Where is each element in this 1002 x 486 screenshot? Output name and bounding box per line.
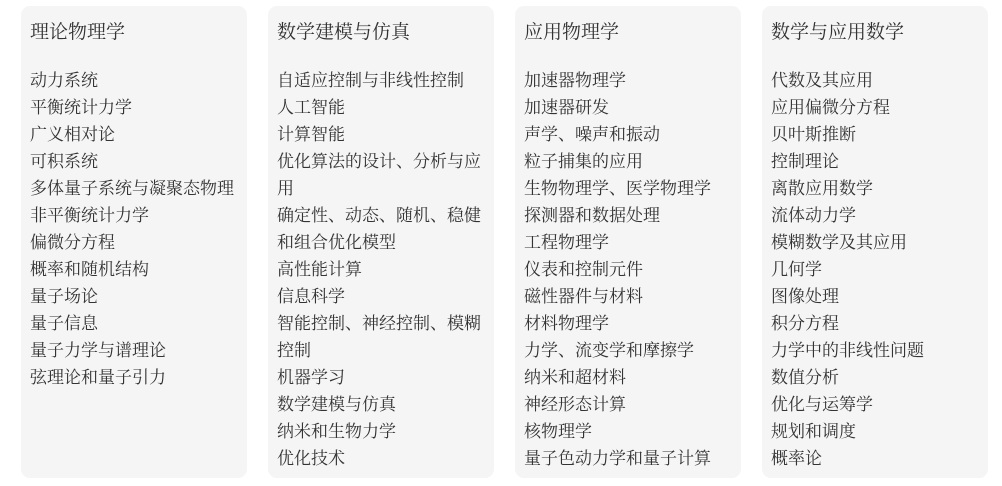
topic-item: 自适应控制与非线性控制 [277,68,485,95]
card-theoretical-physics: 理论物理学 动力系统平衡统计力学广义相对论可积系统多体量子系统与凝聚态物理非平衡… [21,6,247,478]
card-applied-physics: 应用物理学 加速器物理学加速器研发声学、噪声和振动粒子捕集的应用生物物理学、医学… [515,6,741,478]
topic-item: 力学中的非线性问题 [771,338,979,365]
topic-item: 概率和随机结构 [30,257,238,284]
topic-item: 可积系统 [30,149,238,176]
card-title: 数学与应用数学 [771,19,979,45]
topic-item: 多体量子系统与凝聚态物理 [30,176,238,203]
topic-item: 材料物理学 [524,311,732,338]
topic-item: 规划和调度 [771,419,979,446]
topic-item: 量子信息 [30,311,238,338]
card-math-modeling-simulation: 数学建模与仿真 自适应控制与非线性控制人工智能计算智能优化算法的设计、分析与应用… [268,6,494,478]
topic-item: 数值分析 [771,365,979,392]
topic-item: 平衡统计力学 [30,95,238,122]
topic-item: 神经形态计算 [524,392,732,419]
topic-item: 人工智能 [277,95,485,122]
topic-item: 加速器物理学 [524,68,732,95]
topic-item: 加速器研发 [524,95,732,122]
topic-item: 积分方程 [771,311,979,338]
topic-item: 偏微分方程 [30,230,238,257]
topic-item: 概率论 [771,446,979,473]
card-title: 应用物理学 [524,19,732,45]
topic-item: 离散应用数学 [771,176,979,203]
topic-list: 自适应控制与非线性控制人工智能计算智能优化算法的设计、分析与应用确定性、动态、随… [277,68,485,473]
topic-list: 代数及其应用应用偏微分方程贝叶斯推断控制理论离散应用数学流体动力学模糊数学及其应… [771,68,979,473]
topic-item: 流体动力学 [771,203,979,230]
topic-item: 声学、噪声和振动 [524,122,732,149]
topic-item: 图像处理 [771,284,979,311]
topic-item: 探测器和数据处理 [524,203,732,230]
topic-item: 高性能计算 [277,257,485,284]
topic-item: 优化与运筹学 [771,392,979,419]
topic-item: 广义相对论 [30,122,238,149]
topic-item: 非平衡统计力学 [30,203,238,230]
topic-item: 信息科学 [277,284,485,311]
card-title: 数学建模与仿真 [277,19,485,45]
topic-item: 仪表和控制元件 [524,257,732,284]
topic-item: 纳米和生物力学 [277,419,485,446]
topic-item: 模糊数学及其应用 [771,230,979,257]
topic-item: 力学、流变学和摩擦学 [524,338,732,365]
card-math-applied-math: 数学与应用数学 代数及其应用应用偏微分方程贝叶斯推断控制理论离散应用数学流体动力… [762,6,988,478]
topic-item: 工程物理学 [524,230,732,257]
topic-item: 应用偏微分方程 [771,95,979,122]
topic-item: 量子力学与谱理论 [30,338,238,365]
topic-item: 控制理论 [771,149,979,176]
topic-item: 核物理学 [524,419,732,446]
topic-item: 粒子捕集的应用 [524,149,732,176]
topic-list: 动力系统平衡统计力学广义相对论可积系统多体量子系统与凝聚态物理非平衡统计力学偏微… [30,68,238,392]
topic-item: 量子色动力学和量子计算 [524,446,732,473]
topic-item: 几何学 [771,257,979,284]
topic-item: 确定性、动态、随机、稳健和组合优化模型 [277,203,485,257]
topic-item: 优化算法的设计、分析与应用 [277,149,485,203]
topic-item: 机器学习 [277,365,485,392]
topic-list: 加速器物理学加速器研发声学、噪声和振动粒子捕集的应用生物物理学、医学物理学探测器… [524,68,732,473]
topic-item: 弦理论和量子引力 [30,365,238,392]
topic-item: 生物物理学、医学物理学 [524,176,732,203]
subject-card-grid: 理论物理学 动力系统平衡统计力学广义相对论可积系统多体量子系统与凝聚态物理非平衡… [21,6,988,478]
topic-item: 计算智能 [277,122,485,149]
topic-item: 量子场论 [30,284,238,311]
topic-item: 贝叶斯推断 [771,122,979,149]
topic-item: 磁性器件与材料 [524,284,732,311]
topic-item: 动力系统 [30,68,238,95]
topic-item: 智能控制、神经控制、模糊控制 [277,311,485,365]
topic-item: 纳米和超材料 [524,365,732,392]
topic-item: 数学建模与仿真 [277,392,485,419]
card-title: 理论物理学 [30,19,238,45]
topic-item: 优化技术 [277,446,485,473]
topic-item: 代数及其应用 [771,68,979,95]
